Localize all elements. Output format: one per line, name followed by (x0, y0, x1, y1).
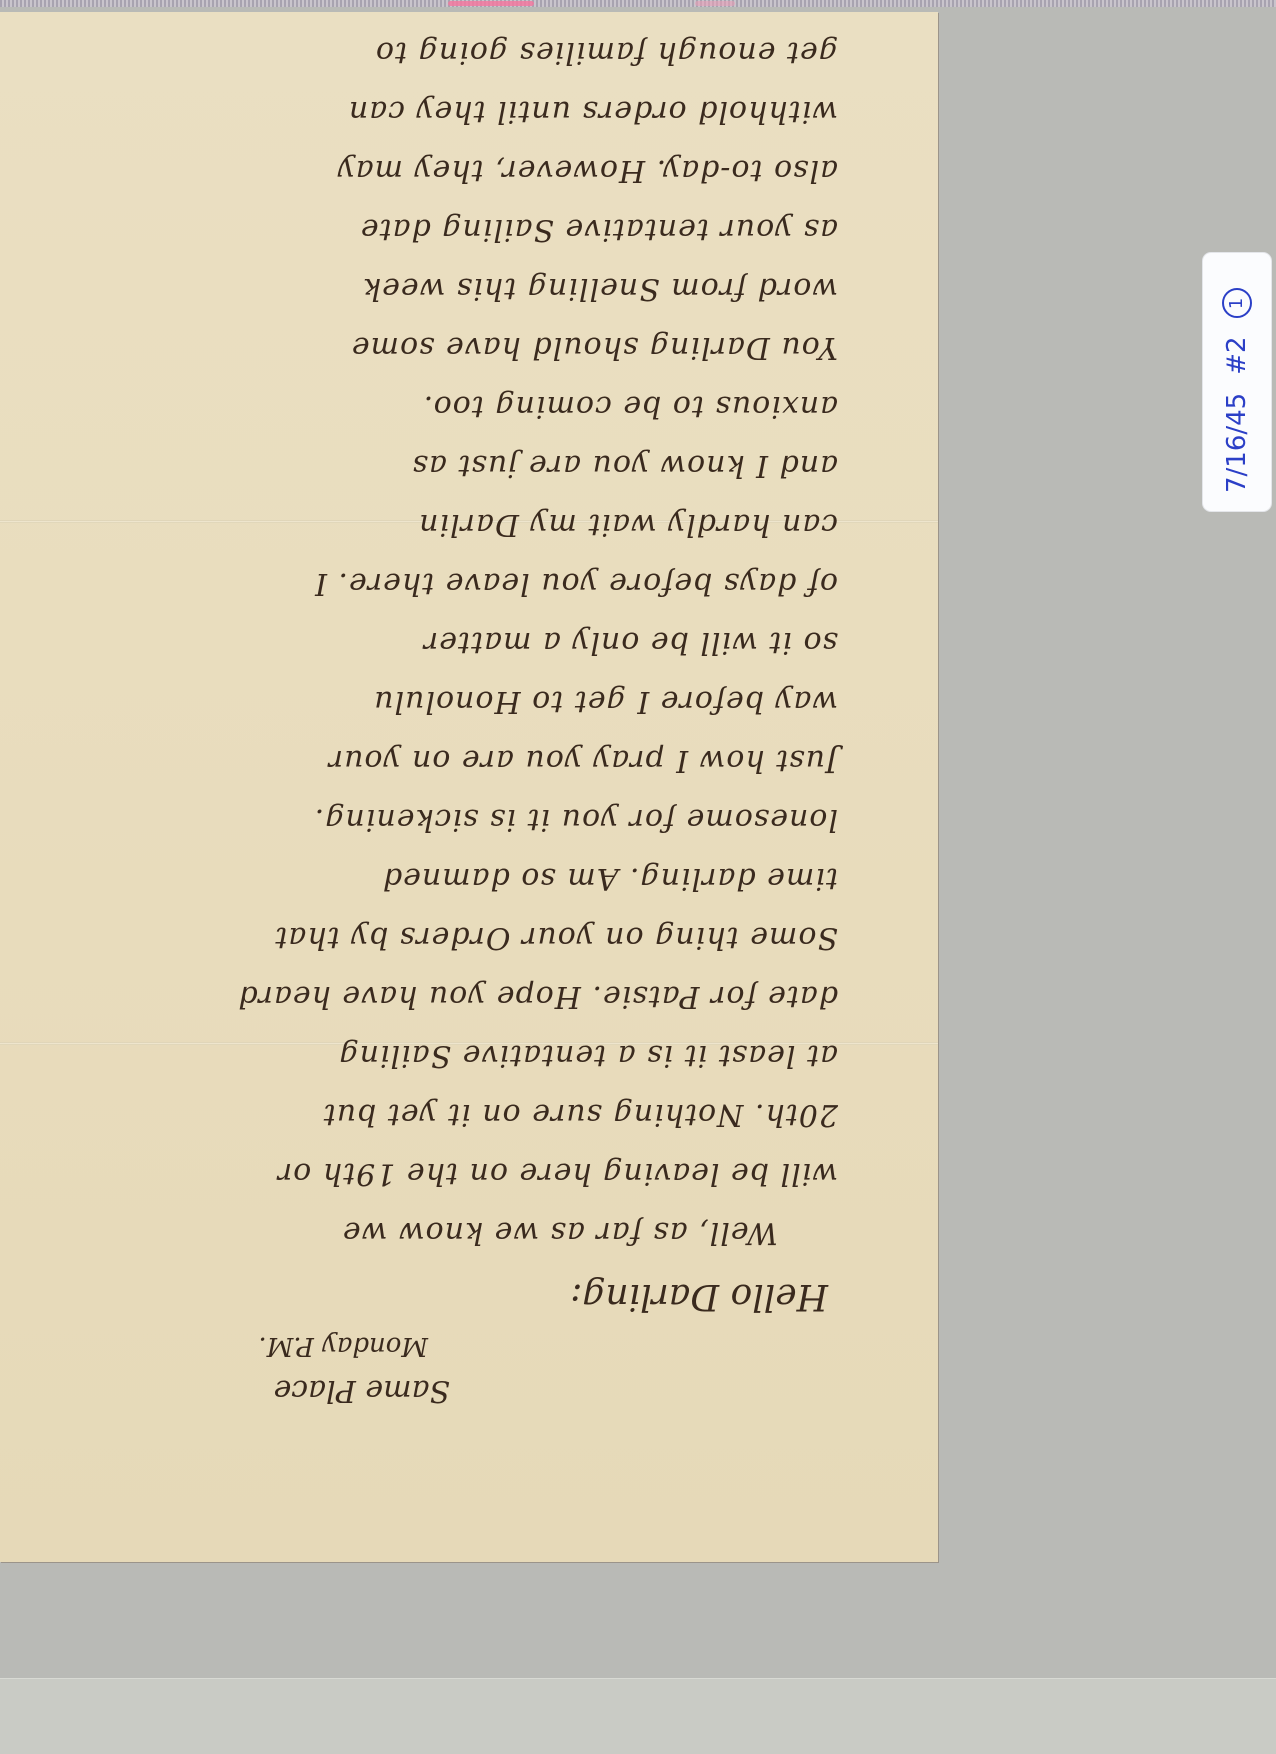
letter-line: and I know you are just as (38, 436, 838, 495)
letter-line: as your tentative Sailing date (38, 200, 838, 259)
letter-line: Just how I pray you are on your (38, 731, 838, 790)
letter-day: Monday P.M. (98, 1324, 458, 1368)
letter-line: You Darling should have some (38, 318, 838, 377)
letter-line: take up one full ship as they (38, 12, 838, 23)
letter-heading: Same Place Monday P.M. (98, 1324, 458, 1412)
letter-line: Some thing on your Orders by that (38, 908, 838, 967)
letter-line: time darling. Am so damned (38, 849, 838, 908)
letter-page: Same Place Monday P.M. Hello Darling: We… (0, 12, 938, 1562)
archive-label-text: 7/16/45 #2 1 (1203, 253, 1271, 511)
pink-mark-faint (695, 1, 735, 6)
label-page-circle: 1 (1222, 288, 1252, 318)
letter-line: can hardly wait my Darlin (38, 495, 838, 554)
letter-body: Well, as far as we know we will be leavi… (38, 12, 838, 1262)
handwritten-letter: Same Place Monday P.M. Hello Darling: We… (0, 12, 938, 1562)
letter-line: also to-day. However, they may (38, 141, 838, 200)
scanner-bed (0, 1678, 1276, 1754)
letter-line: at least it is a tentative Sailing (38, 1026, 838, 1085)
pink-mark (448, 1, 534, 6)
archive-label: 7/16/45 #2 1 (1203, 253, 1271, 511)
letter-line: word from Snelling this week (38, 259, 838, 318)
letter-line: of days before you leave there. I (38, 554, 838, 613)
letter-line: anxious to be coming too. (38, 377, 838, 436)
letter-salutation: Hello Darling: (570, 1276, 828, 1317)
letter-line: way before I get to Honolulu (38, 672, 838, 731)
letter-line: will be leaving here on the 19th or (38, 1144, 838, 1203)
letter-line: so it will be only a matter (38, 613, 838, 672)
letter-line: withhold orders until they can (38, 82, 838, 141)
letter-line: lonesome for you it is sickening. (38, 790, 838, 849)
scanner-edge (0, 0, 1276, 7)
letter-line: get enough families going to (38, 23, 838, 82)
letter-place: Same Place (98, 1368, 458, 1412)
label-date: 7/16/45 (1222, 393, 1252, 493)
letter-line: date for Patsie. Hope you have heard (38, 967, 838, 1026)
letter-line: Well, as far as we know we (38, 1203, 838, 1262)
label-number: #2 (1222, 336, 1252, 374)
letter-line: 20th. Nothing sure on it yet but (38, 1085, 838, 1144)
